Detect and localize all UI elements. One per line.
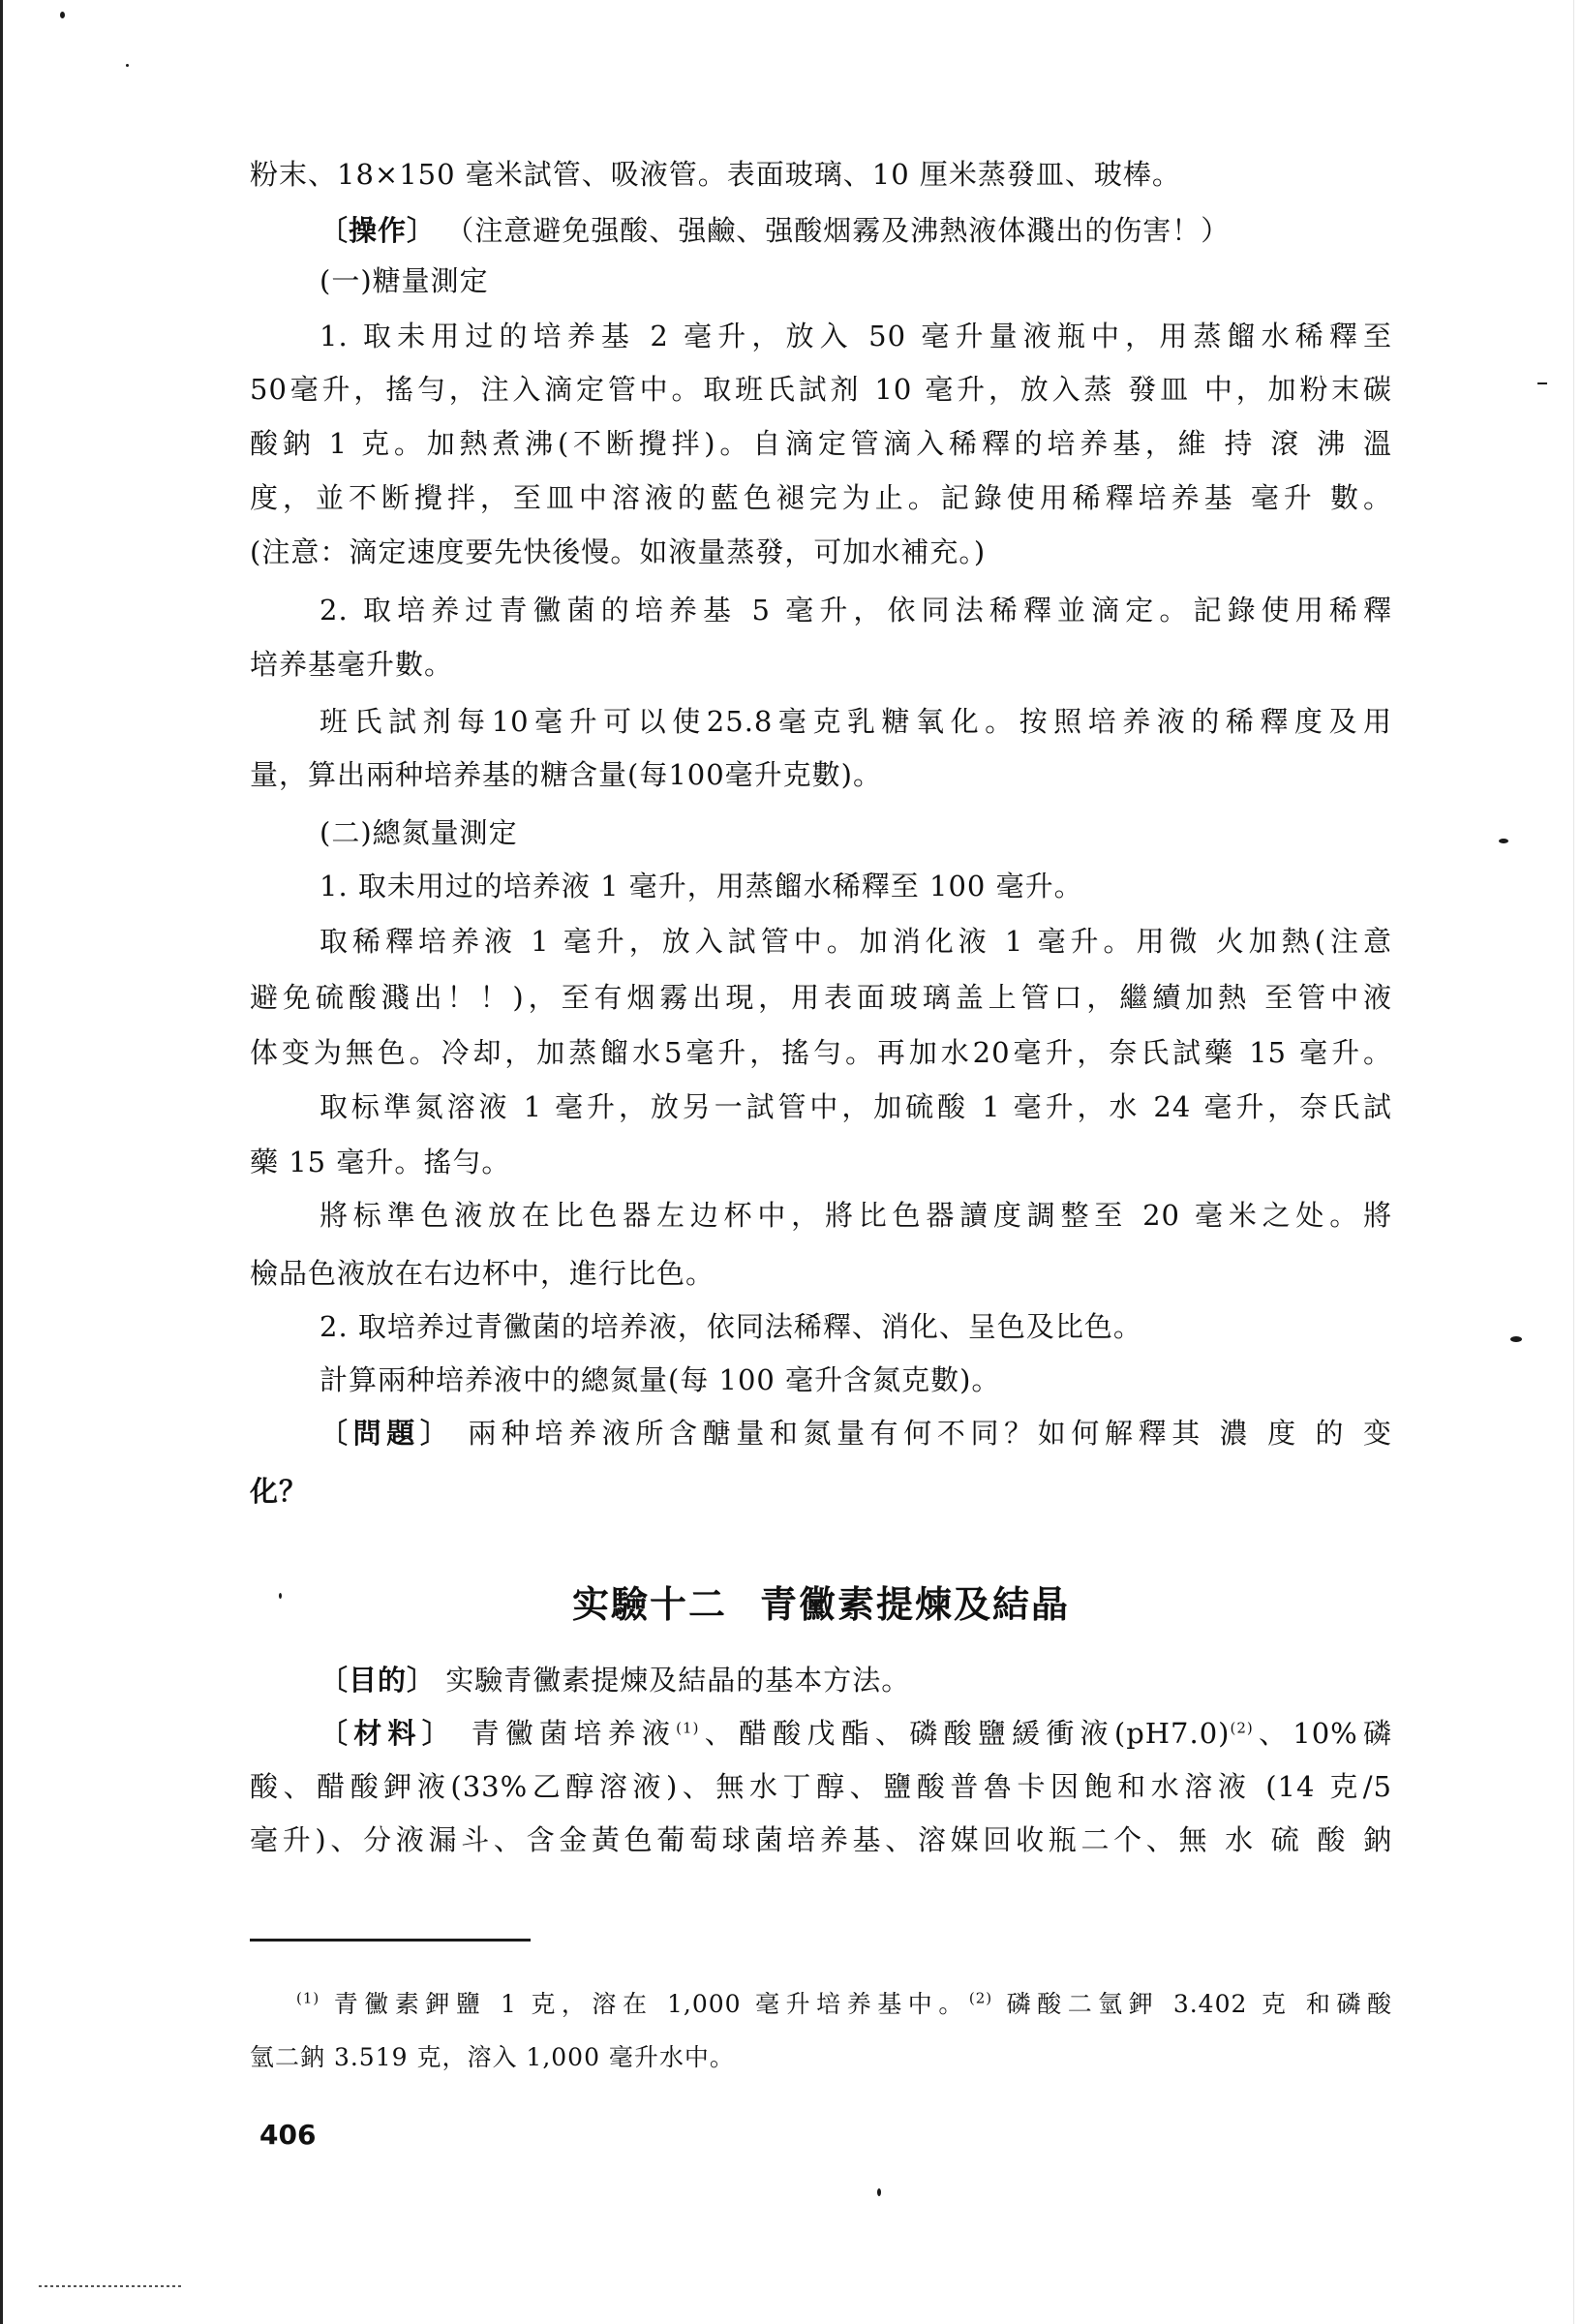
part2-step1: 1. 取未用过的培养液 1 毫升，用蒸餾水稀釋至 100 毫升。 (319, 867, 1083, 905)
footnote-marker-1: (1) (296, 1990, 319, 2007)
part1-step1-note: (注意：滴定速度要先快後慢。如液量蒸發，可加水補充。) (250, 533, 986, 571)
page-number: 406 (259, 2119, 316, 2151)
materials-label: 〔材料〕 (319, 1717, 456, 1750)
materials-continuation: 粉末、18×150 毫米試管、吸液管。表面玻璃、10 厘米蒸發皿、玻棒。 (250, 155, 1181, 194)
experiment-heading: 实驗十二青黴素提煉及結晶 (250, 1580, 1392, 1629)
part1-step1-line: 度，並不断攪拌，至皿中溶液的藍色褪完为止。記錄使用稀釋培养基 毫升 數。 (250, 478, 1392, 517)
part2-compare-line: 將标準色液放在比色器左边杯中，將比色器讀度調整至 20 毫米之处。將 (319, 1196, 1392, 1235)
part1-calc-line: 量，算出兩种培养基的糖含量(每100毫升克數)。 (250, 755, 882, 794)
part2-standard-line: 藥 15 毫升。搖勻。 (250, 1143, 510, 1181)
materials-item: 、10%磷 (1254, 1717, 1392, 1750)
materials-section: 〔材料〕 青黴菌培养液(1)、醋酸戊酯、磷酸鹽緩衝液(pH7.0)(2)、10%… (319, 1714, 1392, 1753)
question-text-cont: 化？ (250, 1472, 308, 1511)
footnote-2-text: 磷酸二氫鉀 3.402 克 和磷酸 (1007, 1990, 1392, 2018)
scan-streak (39, 2285, 184, 2287)
scan-speck (1499, 839, 1508, 843)
materials-text: 青黴菌培养液(1)、醋酸戊酯、磷酸鹽緩衝液(pH7.0)(2)、10%磷 (472, 1717, 1392, 1750)
operation-section: 〔操作〕 （注意避免强酸、强鹼、强酸烟霧及沸熱液体濺出的伤害！） (319, 211, 1230, 250)
part1-title: (一)糖量測定 (319, 261, 489, 300)
part1-calc-line: 班氏試剂每10毫升可以使25.8毫克乳糖氧化。按照培养液的稀釋度及用 (319, 702, 1392, 741)
footnote-ref-1[interactable]: (1) (676, 1719, 699, 1736)
materials-line: 毫升)、分液漏斗、含金黃色葡萄球菌培养基、溶媒回收瓶二个、無 水 硫 酸 鈉 (250, 1820, 1392, 1859)
part2-digest-line: 体变为無色。冷却，加蒸餾水5毫升，搖勻。再加水20毫升，奈氏試藥 15 毫升。 (250, 1033, 1392, 1072)
scan-speck (1537, 382, 1547, 384)
purpose-text: 实驗青黴素提煉及結晶的基本方法。 (445, 1664, 910, 1697)
experiment-title: 青黴素提煉及結晶 (760, 1582, 1070, 1626)
purpose-label: 〔目的〕 (319, 1664, 436, 1697)
part2-standard-line: 取标準氮溶液 1 毫升，放另一試管中，加硫酸 1 毫升，水 24 毫升，奈氏試 (319, 1087, 1392, 1126)
part1-step2-line: 培养基毫升數。 (250, 645, 453, 684)
part2-title: (二)總氮量測定 (319, 813, 518, 852)
scan-page-edge (0, 0, 3, 2324)
part1-step2-line: 2. 取培养过青黴菌的培养基 5 毫升，依同法稀釋並滴定。記錄使用稀釋 (319, 591, 1392, 629)
part2-digest-line: 避免硫酸濺出！！)，至有烟霧出現，用表面玻璃盖上管口，繼續加熱 至管中液 (250, 978, 1392, 1017)
part2-calc: 計算兩种培养液中的總氮量(每 100 毫升含氮克數)。 (319, 1361, 1000, 1399)
question-section: 〔問題〕 兩种培养液所含醣量和氮量有何不同？如何解釋其 濃 度 的 变 (319, 1414, 1392, 1452)
materials-line: 酸、醋酸鉀液(33%乙醇溶液)、無水丁醇、鹽酸普魯卡因飽和水溶液 (14 克/5 (250, 1767, 1392, 1806)
purpose-section: 〔目的〕 实驗青黴素提煉及結晶的基本方法。 (319, 1661, 910, 1699)
part1-step1-line: 酸鈉 1 克。加熱煮沸(不断攪拌)。自滴定管滴入稀釋的培养基，維 持 滾 沸 溫 (250, 424, 1392, 463)
question-label: 〔問題〕 (319, 1417, 453, 1450)
footnote-2-cont: 氫二鈉 3.519 克，溶入 1,000 毫升水中。 (250, 2040, 735, 2075)
scan-speck (877, 2188, 881, 2196)
materials-item: 青黴菌培养液 (472, 1717, 677, 1750)
footnote-1-text: 青黴素鉀鹽 1 克，溶在 1,000 毫升培养基中。 (334, 1990, 969, 2018)
footnote-1-2: (1) 青黴素鉀鹽 1 克，溶在 1,000 毫升培养基中。(2) 磷酸二氫鉀 … (296, 1987, 1392, 2022)
footnote-ref-2[interactable]: (2) (1230, 1719, 1253, 1736)
operation-caution: （注意避免强酸、强鹼、强酸烟霧及沸熱液体濺出的伤害！） (445, 214, 1230, 247)
footnote-divider (250, 1939, 531, 1942)
part2-step2: 2. 取培养过青黴菌的培养液，依同法稀釋、消化、呈色及比色。 (319, 1307, 1142, 1346)
scan-speck (60, 12, 65, 18)
operation-label: 〔操作〕 (319, 214, 436, 247)
materials-item: 、醋酸戊酯、磷酸鹽緩衝液(pH7.0) (699, 1717, 1230, 1750)
part1-step1-line: 50毫升，搖勻，注入滴定管中。取班氏試剂 10 毫升，放入蒸 發皿 中，加粉末碳 (250, 370, 1392, 409)
scan-speck (126, 64, 129, 67)
footnote-marker-2: (2) (969, 1990, 992, 2007)
part2-digest-line: 取稀釋培养液 1 毫升，放入試管中。加消化液 1 毫升。用微 火加熱(注意 (319, 922, 1392, 961)
question-text: 兩种培养液所含醣量和氮量有何不同？如何解釋其 濃 度 的 变 (468, 1417, 1392, 1450)
experiment-number: 实驗十二 (572, 1582, 727, 1626)
part1-step1-line: 1. 取未用过的培养基 2 毫升，放入 50 毫升量液瓶中，用蒸餾水稀釋至 (319, 317, 1392, 355)
scan-speck (1510, 1336, 1522, 1342)
part2-compare-line: 檢品色液放在右边杯中，進行比色。 (250, 1254, 715, 1293)
scan-page-edge-right (1573, 0, 1574, 2324)
